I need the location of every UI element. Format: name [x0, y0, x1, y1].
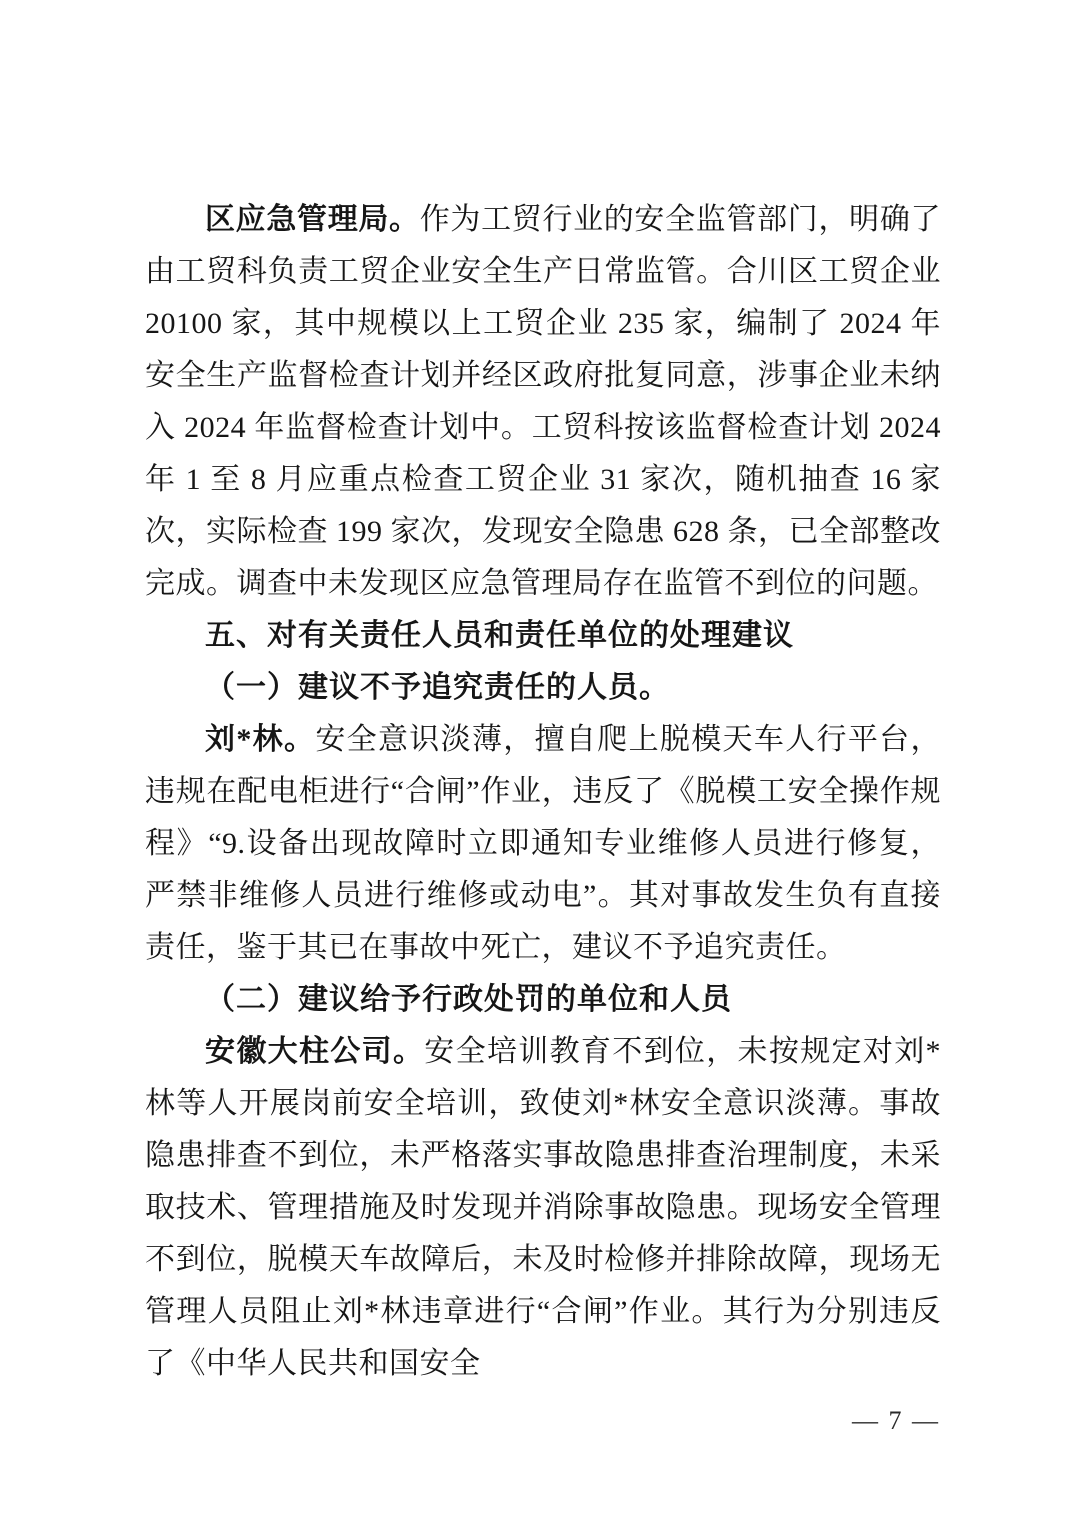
section-heading-five: 五、对有关责任人员和责任单位的处理建议: [145, 610, 941, 662]
paragraph-anhui-dazhu-company: 安徽大柱公司。安全培训教育不到位，未按规定对刘*林等人开展岗前安全培训，致使刘*…: [145, 1026, 941, 1390]
paragraph-lead-anhui-dazhu-company: 安徽大柱公司。: [205, 1035, 424, 1068]
paragraph-text-district-emergency-bureau: 作为工贸行业的安全监管部门，明确了由工贸科负责工贸企业安全生产日常监管。合川区工…: [145, 203, 941, 600]
document-page: 区应急管理局。作为工贸行业的安全监管部门，明确了由工贸科负责工贸企业安全生产日常…: [0, 0, 1074, 1520]
paragraph-liu-lin: 刘*林。安全意识淡薄，擅自爬上脱模天车人行平台，违规在配电柜进行“合闸”作业，违…: [145, 714, 941, 974]
page-number: — 7 —: [852, 1406, 940, 1435]
page-footer: — 7 —: [852, 1406, 940, 1436]
paragraph-lead-district-emergency-bureau: 区应急管理局。: [205, 203, 420, 236]
paragraph-lead-liu-lin: 刘*林。: [205, 723, 315, 756]
paragraph-text-liu-lin: 安全意识淡薄，擅自爬上脱模天车人行平台，违规在配电柜进行“合闸”作业，违反了《脱…: [145, 723, 941, 964]
document-body: 区应急管理局。作为工贸行业的安全监管部门，明确了由工贸科负责工贸企业安全生产日常…: [145, 194, 941, 1390]
subheading-one: （一）建议不予追究责任的人员。: [145, 662, 941, 714]
subheading-two: （二）建议给予行政处罚的单位和人员: [145, 974, 941, 1026]
paragraph-district-emergency-bureau: 区应急管理局。作为工贸行业的安全监管部门，明确了由工贸科负责工贸企业安全生产日常…: [145, 194, 941, 610]
paragraph-text-anhui-dazhu-company: 安全培训教育不到位，未按规定对刘*林等人开展岗前安全培训，致使刘*林安全意识淡薄…: [145, 1035, 941, 1380]
